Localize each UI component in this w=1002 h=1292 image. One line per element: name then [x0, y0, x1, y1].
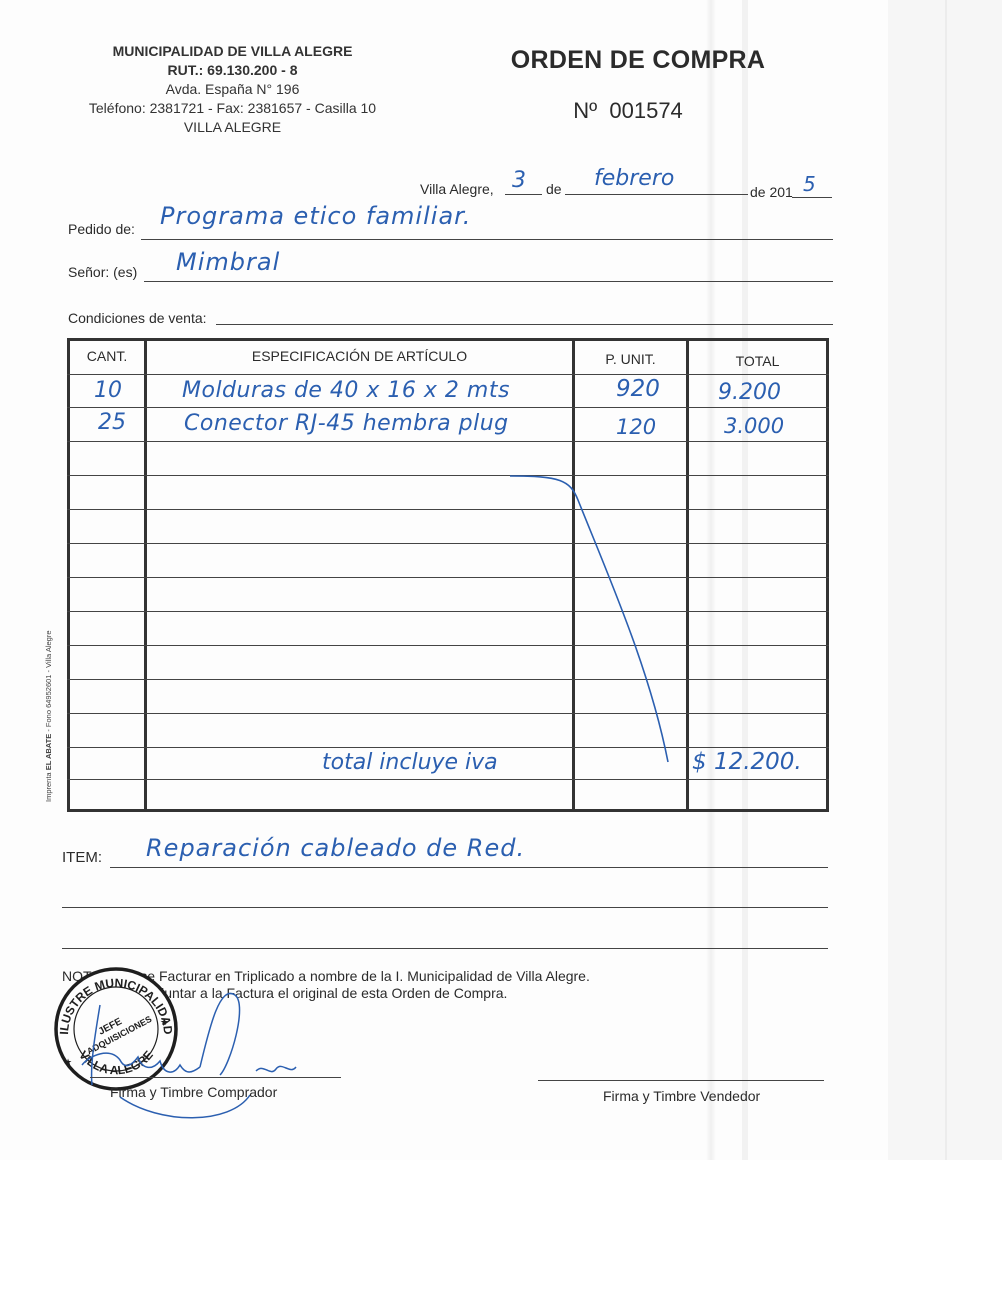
- date-month[interactable]: febrero: [594, 166, 674, 191]
- row-spec[interactable]: Conector RJ-45 hembra plug: [184, 411, 509, 436]
- date-year-suffix[interactable]: 5: [803, 172, 816, 196]
- row-divider: [67, 543, 829, 544]
- condiciones-label: Condiciones de venta:: [68, 310, 207, 326]
- row-total[interactable]: 9.200: [718, 380, 781, 405]
- issuer-contact: Teléfono: 2381721 - Fax: 2381657 - Casil…: [60, 99, 405, 118]
- date-month-line: [565, 194, 748, 195]
- row-divider: [67, 577, 829, 578]
- row-spec[interactable]: Molduras de 40 x 16 x 2 mts: [182, 378, 510, 403]
- number-value: 001574: [609, 98, 682, 123]
- row-divider: [67, 645, 829, 646]
- row-cant[interactable]: 10: [94, 378, 122, 403]
- row-divider: [67, 713, 829, 714]
- date-day[interactable]: 3: [512, 168, 526, 193]
- items-table: [67, 338, 829, 812]
- row-unit[interactable]: 120: [616, 415, 656, 439]
- document-number: Nº 001574: [480, 98, 776, 124]
- row-divider: [67, 407, 829, 408]
- issuer-address: Avda. España N° 196: [60, 80, 405, 99]
- buyer-signature-line: [90, 1077, 341, 1078]
- issuer-rut: RUT.: 69.130.200 - 8: [60, 61, 405, 80]
- scan-margin-line: [945, 0, 947, 1160]
- item-line-3: [62, 948, 828, 949]
- row-divider: [67, 779, 829, 780]
- row-divider: [67, 475, 829, 476]
- col-divider: [686, 338, 689, 812]
- total-note[interactable]: total incluye iva: [322, 750, 498, 775]
- seller-signature-line: [538, 1080, 824, 1081]
- condiciones-line: [216, 324, 833, 325]
- row-divider: [67, 679, 829, 680]
- date-year-line: [792, 197, 832, 198]
- pedido-label: Pedido de:: [68, 221, 135, 237]
- buyer-signature: [60, 985, 310, 1125]
- issuer-city: VILLA ALEGRE: [60, 118, 405, 137]
- row-divider: [67, 747, 829, 748]
- header-unit: P. UNIT.: [575, 351, 686, 367]
- header-total: TOTAL: [689, 353, 826, 369]
- buyer-signature-label: Firma y Timbre Comprador: [110, 1084, 277, 1100]
- senor-label: Señor: (es): [68, 264, 137, 280]
- number-label: Nº: [573, 98, 597, 123]
- date-day-line: [505, 194, 542, 195]
- row-divider: [67, 509, 829, 510]
- row-cant[interactable]: 25: [98, 410, 126, 435]
- issuer-block: MUNICIPALIDAD DE VILLA ALEGRE RUT.: 69.1…: [60, 42, 405, 137]
- pedido-value[interactable]: Programa etico familiar.: [160, 202, 471, 230]
- item-value[interactable]: Reparación cableado de Red.: [146, 834, 525, 862]
- seller-signature-label: Firma y Timbre Vendedor: [603, 1088, 760, 1104]
- header-spec: ESPECIFICACIÓN DE ARTÍCULO: [147, 348, 572, 364]
- date-place-label: Villa Alegre,: [420, 181, 494, 197]
- date-de-label: de: [546, 181, 562, 197]
- issuer-name: MUNICIPALIDAD DE VILLA ALEGRE: [60, 42, 405, 61]
- date-year-label: de 201: [750, 184, 793, 200]
- item-label: ITEM:: [62, 849, 102, 866]
- printer-imprint: Imprenta EL ABATE - Fono 64952601 - Vill…: [44, 630, 53, 802]
- header-cant: CANT.: [70, 348, 144, 364]
- item-line: [110, 867, 828, 868]
- pedido-line: [141, 239, 833, 240]
- row-divider: [67, 441, 829, 442]
- grand-total[interactable]: $ 12.200.: [692, 749, 802, 775]
- senor-line: [144, 281, 833, 282]
- row-divider: [67, 611, 829, 612]
- row-total[interactable]: 3.000: [724, 414, 784, 438]
- row-unit[interactable]: 920: [616, 376, 660, 402]
- item-line-2: [62, 907, 828, 908]
- strike-through-stroke: [500, 470, 680, 770]
- document-title: ORDEN DE COMPRA: [480, 46, 796, 75]
- row-divider: [67, 374, 829, 375]
- col-divider: [144, 338, 147, 812]
- senor-value[interactable]: Mimbral: [176, 248, 280, 276]
